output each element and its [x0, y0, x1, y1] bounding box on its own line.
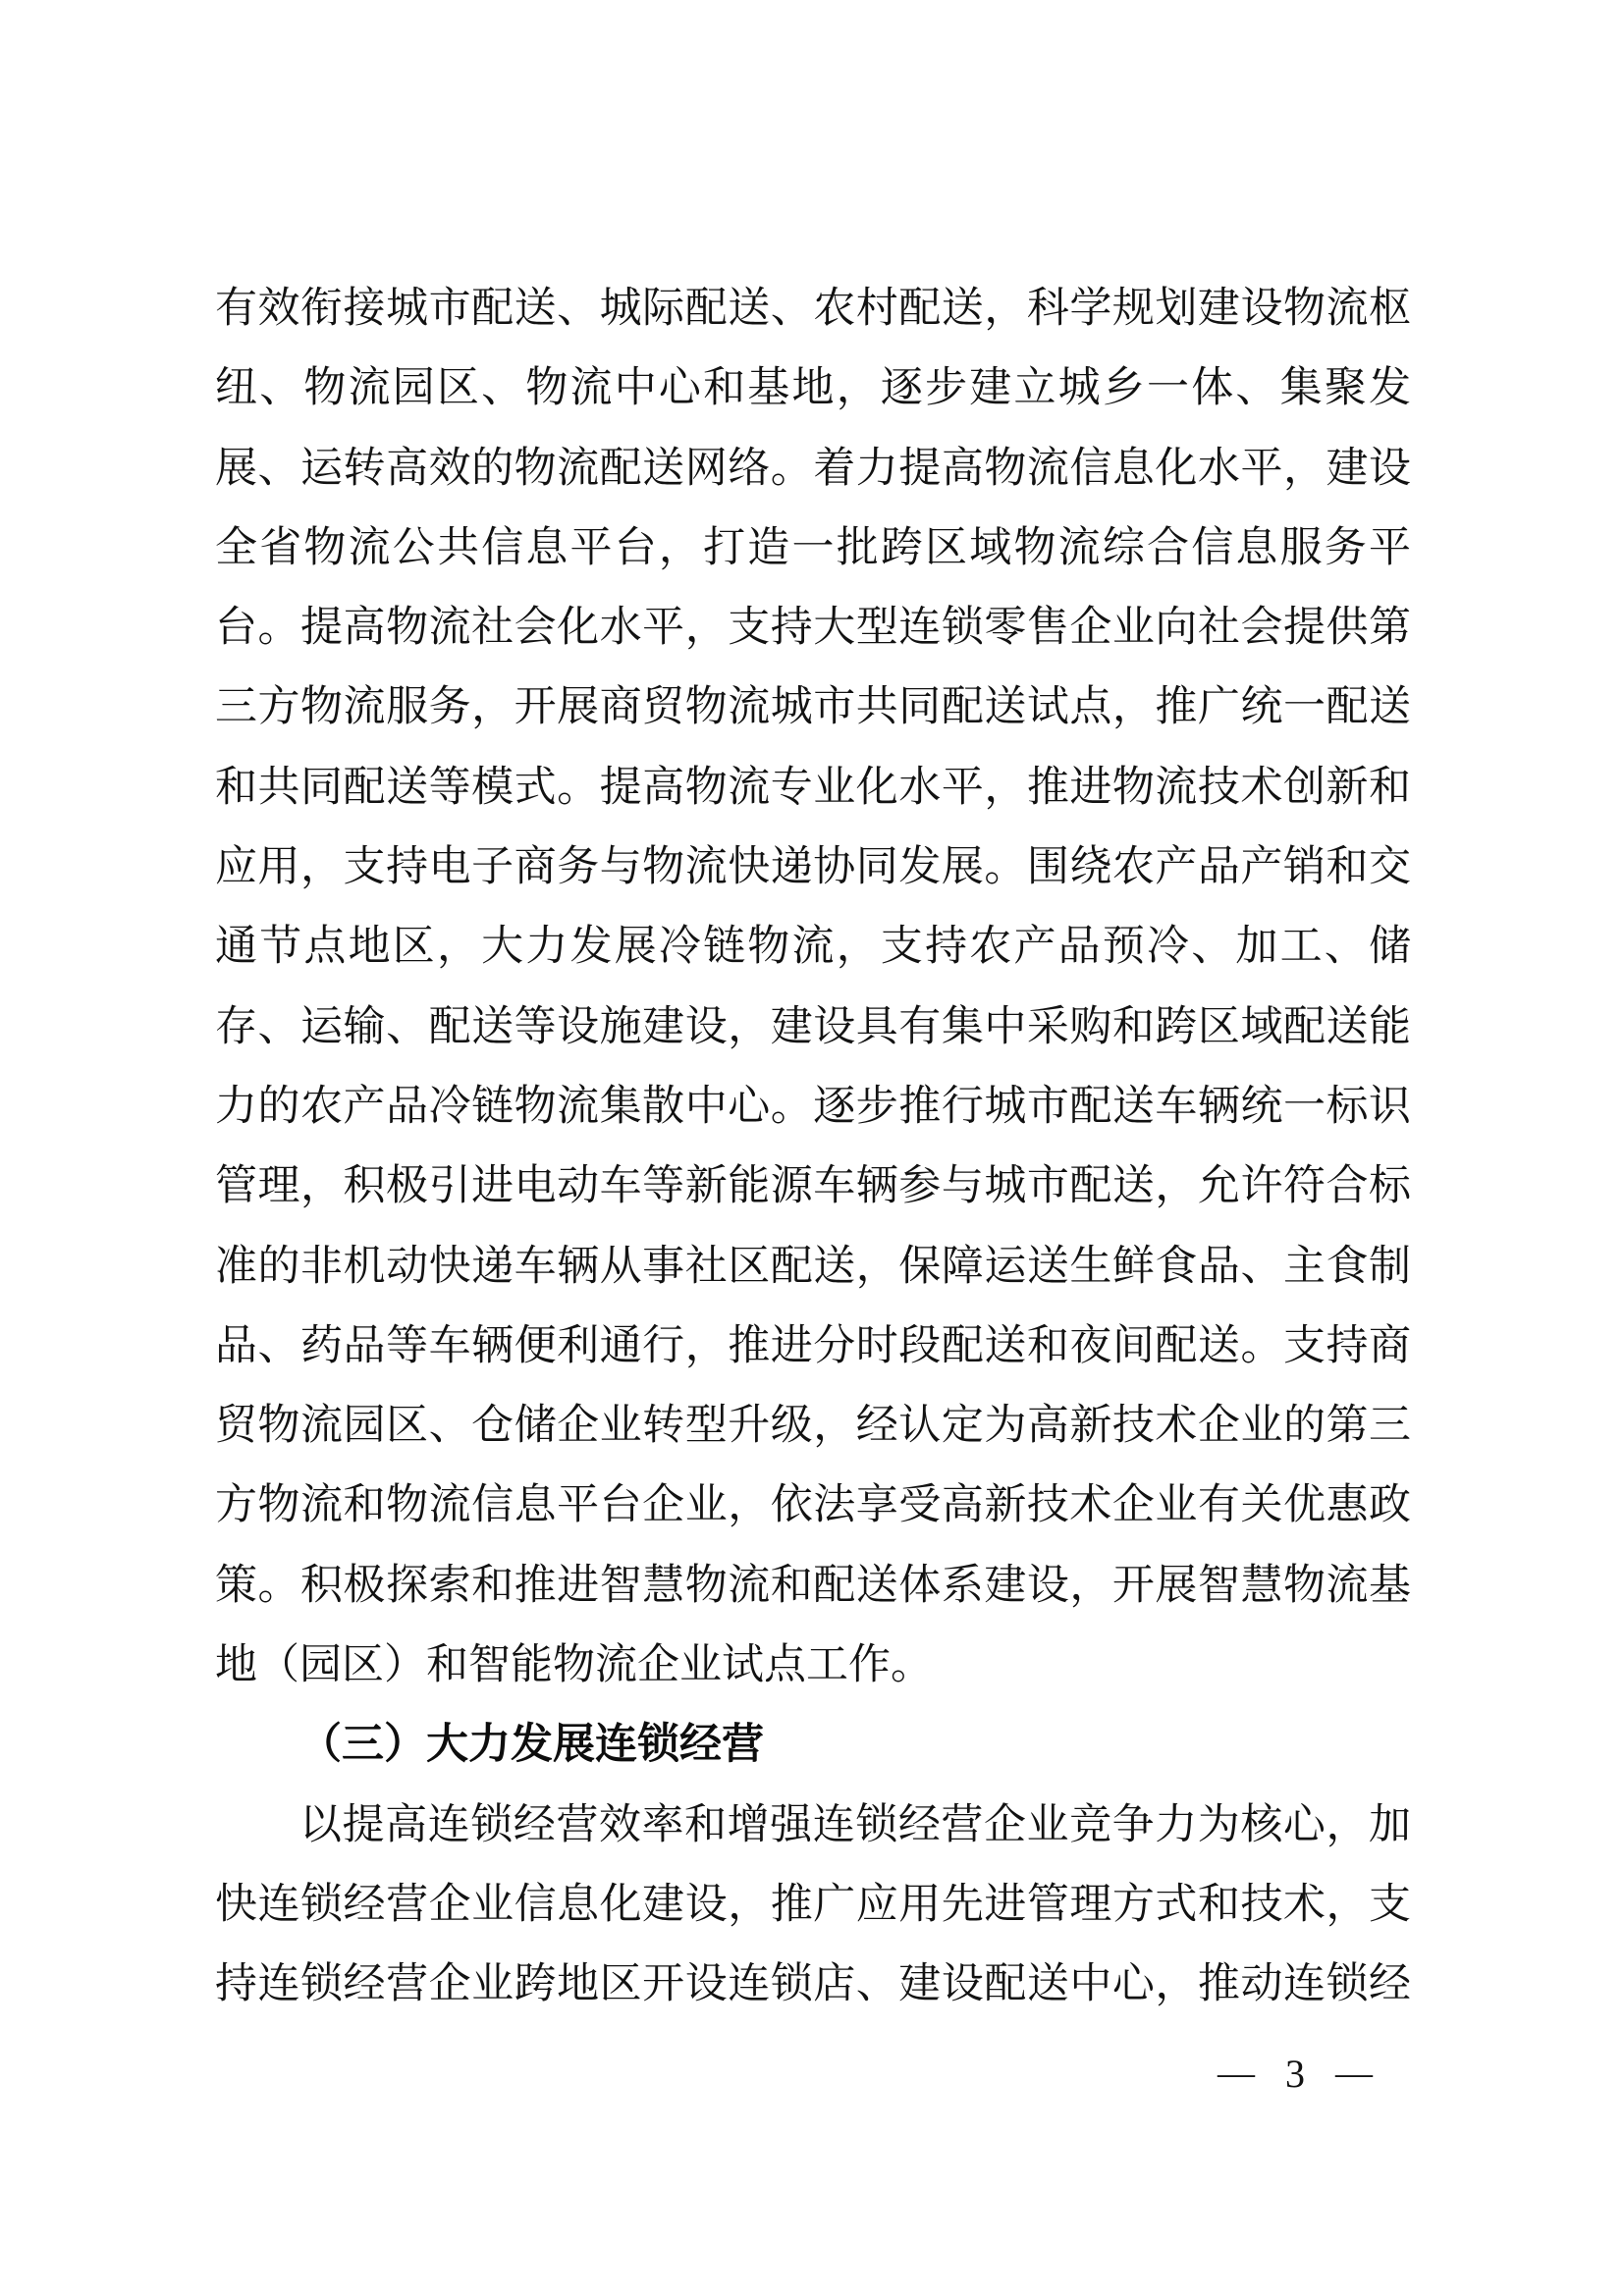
document-line: 展、运转高效的物流配送网络。着力提高物流信息化水平，建设 [215, 429, 1411, 508]
document-line: 台。提高物流社会化水平，支持大型连锁零售企业向社会提供第 [215, 588, 1411, 667]
document-line: 纽、物流园区、物流中心和基地，逐步建立城乡一体、集聚发 [215, 348, 1411, 428]
document-line: 通节点地区，大力发展冷链物流，支持农产品预冷、加工、储 [215, 907, 1411, 987]
footer-dash-right: — [1335, 2052, 1373, 2095]
document-line: 管理，积极引进电动车等新能源车辆参与城市配送，允许符合标 [215, 1147, 1411, 1226]
document-line: 和共同配送等模式。提高物流专业化水平，推进物流技术创新和 [215, 748, 1411, 828]
document-line: 策。积极探索和推进智慧物流和配送体系建设，开展智慧物流基 [215, 1546, 1411, 1626]
document-line: 准的非机动快递车辆从事社区配送，保障运送生鲜食品、主食制 [215, 1227, 1411, 1307]
page-number: 3 [1285, 2051, 1305, 2097]
document-line: 应用，支持电子商务与物流快递协同发展。围绕农产品产销和交 [215, 828, 1411, 907]
document-line: 地（园区）和智能物流企业试点工作。 [215, 1626, 1411, 1705]
document-line: 以提高连锁经营效率和增强连锁经营企业竞争力为核心，加 [215, 1786, 1411, 1865]
document-line: 三方物流服务，开展商贸物流城市共同配送试点，推广统一配送 [215, 667, 1411, 747]
document-line: 全省物流公共信息平台，打造一批跨区域物流综合信息服务平 [215, 508, 1411, 588]
document-line: 存、运输、配送等设施建设，建设具有集中采购和跨区域配送能 [215, 988, 1411, 1067]
document-line: 方物流和物流信息平台企业，依法享受高新技术企业有关优惠政 [215, 1466, 1411, 1545]
document-line: 有效衔接城市配送、城际配送、农村配送，科学规划建设物流枢 [215, 269, 1411, 348]
footer-dash-left: — [1218, 2052, 1255, 2095]
document-line: 力的农产品冷链物流集散中心。逐步推行城市配送车辆统一标识 [215, 1067, 1411, 1147]
section-heading: （三）大力发展连锁经营 [215, 1705, 1411, 1785]
document-line: 贸物流园区、仓储企业转型升级，经认定为高新技术企业的第三 [215, 1386, 1411, 1466]
document-page: 有效衔接城市配送、城际配送、农村配送，科学规划建设物流枢 纽、物流园区、物流中心… [0, 0, 1624, 2296]
document-line: 品、药品等车辆便利通行，推进分时段配送和夜间配送。支持商 [215, 1307, 1411, 1386]
document-line: 持连锁经营企业跨地区开设连锁店、建设配送中心，推动连锁经 [215, 1945, 1411, 2024]
document-line: 快连锁经营企业信息化建设，推广应用先进管理方式和技术，支 [215, 1865, 1411, 1945]
document-text-block: 有效衔接城市配送、城际配送、农村配送，科学规划建设物流枢 纽、物流园区、物流中心… [215, 269, 1411, 2025]
page-footer: — 3 — [1218, 2050, 1373, 2097]
